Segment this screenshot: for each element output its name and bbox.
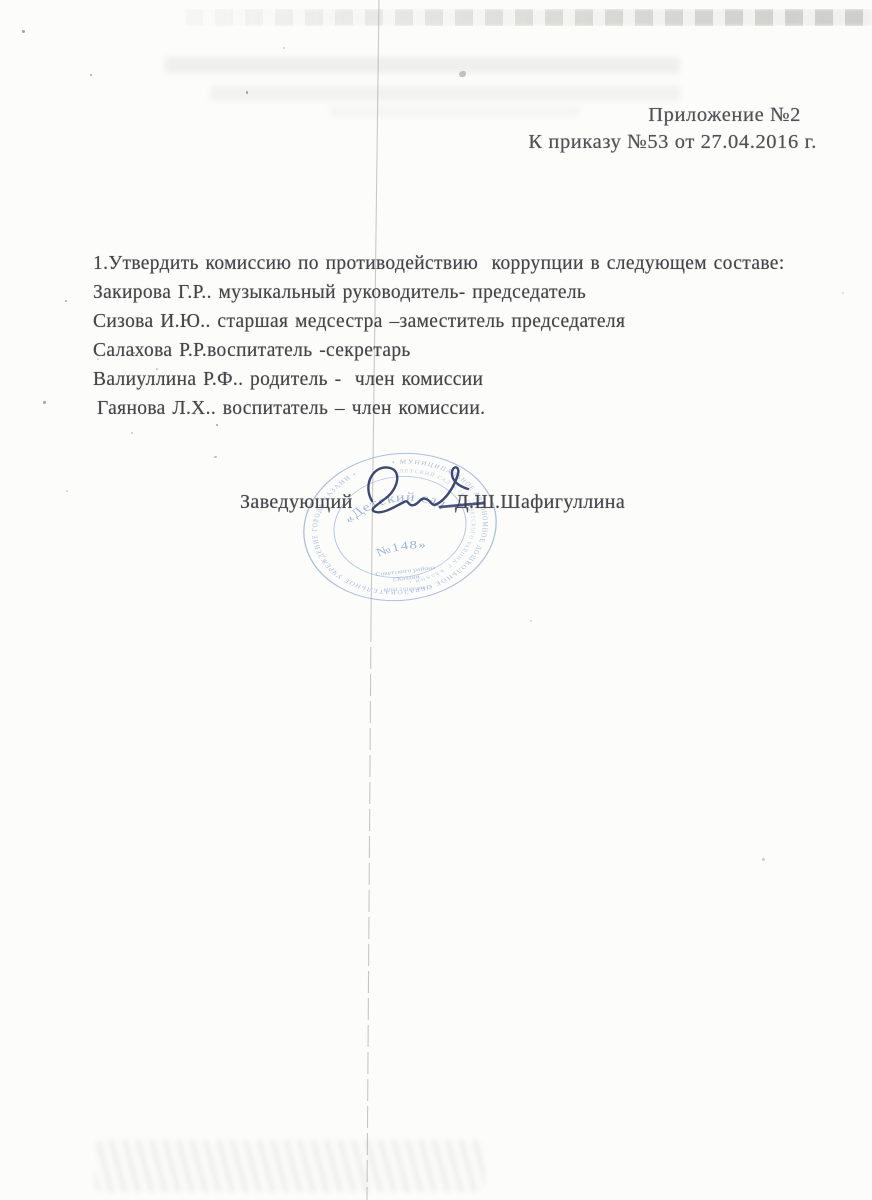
- gray-blob-speck: [459, 71, 466, 77]
- dust-speck: [65, 300, 67, 302]
- handwritten-signature: [348, 456, 488, 526]
- appendix-label: Приложение №2: [528, 102, 801, 129]
- stamp-number-arc: №148»: [373, 536, 430, 559]
- ghost-bleedthrough-bar: [210, 86, 680, 101]
- dust-speck: [842, 292, 844, 294]
- scanned-document-page: • МУНИЦИПАЛЬНОЕ АВТОНОМНОЕ ДОШКОЛЬНОЕ ОБ…: [0, 0, 872, 1200]
- dust-speck: [246, 91, 248, 94]
- signature-underline-dash: [440, 503, 484, 507]
- ghost-bleedthrough-bar: [165, 57, 680, 73]
- stamp-inn-text: ИНН 1616049417: [383, 586, 432, 593]
- dust-speck: [22, 30, 25, 33]
- order-reference: К приказу №53 от 27.04.2016 г.: [528, 129, 817, 156]
- dust-speck: [762, 858, 765, 861]
- body-line-member-zakirova: Закирова Г.Р.. музыкальный руководитель-…: [93, 278, 793, 307]
- dust-speck: [216, 424, 218, 426]
- dust-speck: [131, 432, 133, 434]
- top-edge-ghost-text-smudge: [185, 9, 872, 26]
- document-body: 1.Утвердить комиссию по противодействию …: [93, 249, 793, 423]
- dust-speck: [214, 456, 217, 458]
- body-line-member-salakhova: Салахова Р.Р.воспитатель -секретарь: [93, 336, 793, 365]
- dust-speck: [283, 47, 285, 49]
- dust-speck: [530, 620, 532, 622]
- signer-role-label: Заведующий: [240, 491, 353, 514]
- dust-speck: [90, 74, 92, 76]
- body-line-member-gayanova: Гаянова Л.Х.. воспитатель – член комисси…: [93, 394, 793, 423]
- dust-speck: [43, 401, 46, 404]
- document-header: Приложение №2 К приказу №53 от 27.04.201…: [528, 102, 817, 156]
- body-line-approve-commission: 1.Утвердить комиссию по противодействию …: [93, 249, 793, 278]
- body-line-member-valiullina: Валиуллина Р.Ф.. родитель - член комисси…: [93, 365, 793, 394]
- bottom-left-scan-smudge: [95, 1140, 485, 1192]
- body-line-member-sizova: Сизова И.Ю.. старшая медсестра –заместит…: [93, 307, 793, 336]
- dust-speck: [66, 490, 68, 492]
